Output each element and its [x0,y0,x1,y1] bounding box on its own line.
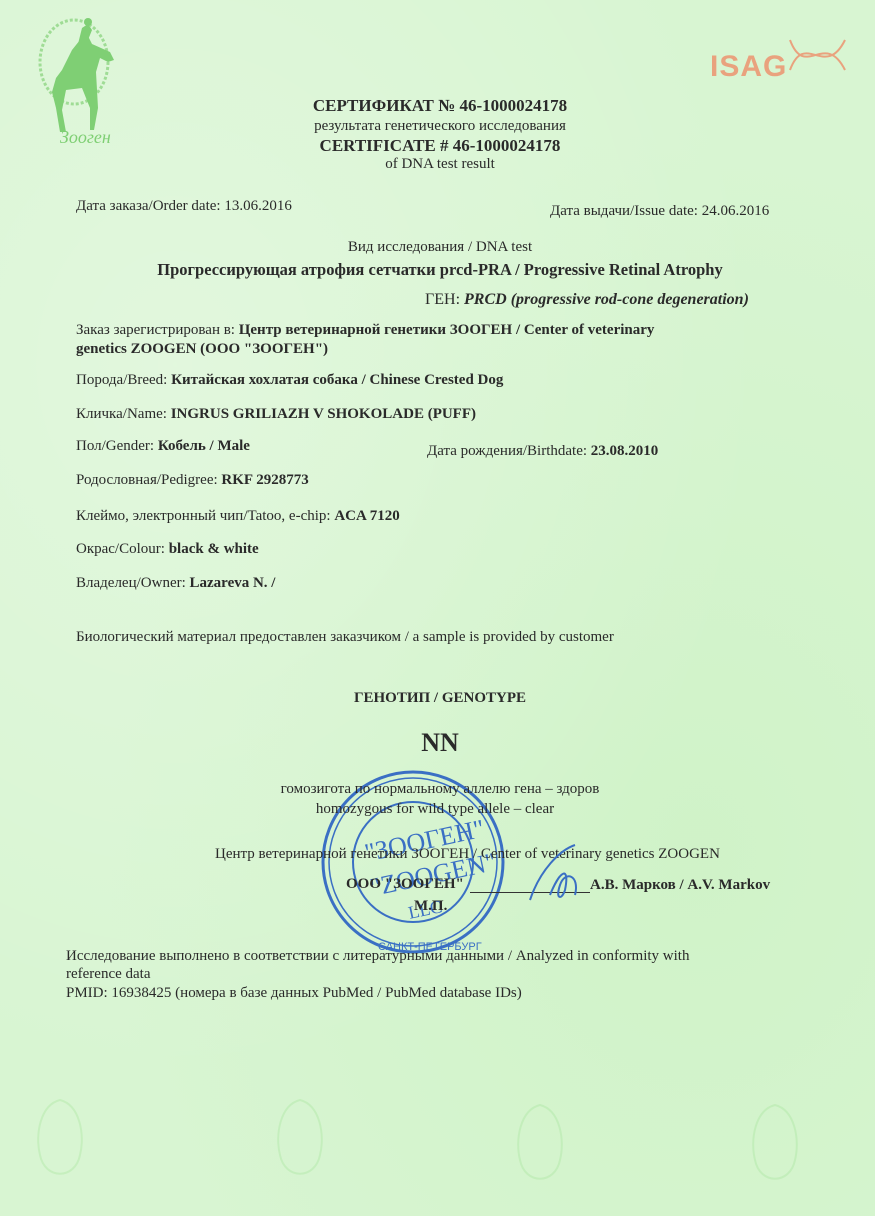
isag-logo: ISAG [690,30,860,90]
signature-scribble-icon [520,840,590,910]
colour-value: black & white [169,541,259,557]
registered-at: Заказ зарегистрирован в: Центр ветеринар… [76,322,654,339]
birthdate-value: 23.08.2010 [591,443,659,459]
pedigree-value: RKF 2928773 [221,472,308,488]
certificate-subtitle-en: of DNA test result [0,156,875,173]
genotype-desc-en: homozygous for wild type allele – clear [0,801,870,818]
horse-watermark-icon [270,1095,330,1185]
owner-label: Владелец/Owner: [76,575,190,591]
horse-watermark-icon [510,1100,570,1190]
colour-label: Окрас/Colour: [76,541,169,557]
horse-watermark-icon [30,1095,90,1185]
name-value: INGRUS GRILIAZH V SHOKOLADE (PUFF) [171,406,476,422]
registered-label: Заказ зарегистрирован в: [76,322,239,338]
name-label: Кличка/Name: [76,406,171,422]
pedigree-label: Родословная/Pedigree: [76,472,221,488]
breed-label: Порода/Breed: [76,372,171,388]
breed-value: Китайская хохлатая собака / Chinese Cres… [171,372,503,388]
gender-label: Пол/Gender: [76,438,158,454]
registered-value-line2: genetics ZOOGEN (ООО "ЗООГЕН") [76,341,328,357]
colour: Окрас/Colour: black & white [76,541,259,558]
breed: Порода/Breed: Китайская хохлатая собака … [76,372,503,389]
owner-value: Lazareva N. / [190,575,276,591]
chip-value: ACA 7120 [334,508,399,524]
dna-helix-icon [785,30,855,80]
horse-watermark-icon [745,1100,805,1190]
issue-date-value: 24.06.2016 [702,203,770,219]
issue-date-label: Дата выдачи/Issue date: [550,203,702,219]
test-name: Прогрессирующая атрофия сетчатки prcd-PR… [0,260,875,280]
registered-value: Центр ветеринарной генетики ЗООГЕН / Cen… [239,322,655,338]
issue-date: Дата выдачи/Issue date: 24.06.2016 [550,203,769,220]
chip-label: Клеймо, электронный чип/Tatoo, e-chip: [76,508,334,524]
sample-note: Биологический материал предоставлен зака… [76,629,614,646]
signature-org: ООО "ЗООГЕН" [346,876,464,893]
chip: Клеймо, электронный чип/Tatoo, e-chip: A… [76,508,400,525]
signature-center: Центр ветеринарной генетики ЗООГЕН / Cen… [215,846,720,863]
gene-value: PRCD (progressive rod-cone degeneration) [464,291,749,308]
registered-value-line2-wrap: genetics ZOOGEN (ООО "ЗООГЕН") [76,341,328,358]
pmid: PMID: 16938425 (номера в базе данных Pub… [66,985,522,1002]
signer-name: А.В. Марков / A.V. Markov [590,877,770,894]
order-date: Дата заказа/Order date: 13.06.2016 [76,198,292,215]
genotype-heading: ГЕНОТИП / GENOTYPE [0,690,875,707]
dog-name: Кличка/Name: INGRUS GRILIAZH V SHOKOLADE… [76,406,476,423]
pedigree: Родословная/Pedigree: RKF 2928773 [76,472,309,489]
birthdate: Дата рождения/Birthdate: 23.08.2010 [427,443,658,460]
analyzed-line1: Исследование выполнено в соответствии с … [66,948,689,965]
certificate-title-en: CERTIFICATE # 46-1000024178 [0,136,875,156]
order-date-value: 13.06.2016 [224,198,292,214]
gender-value: Кобель / Male [158,438,250,454]
genotype-desc-ru: гомозигота по нормальному аллелю гена – … [0,781,875,798]
birthdate-label: Дата рождения/Birthdate: [427,443,591,459]
test-type-label: Вид исследования / DNA test [0,239,875,256]
isag-label: ISAG [710,50,787,84]
gender: Пол/Gender: Кобель / Male [76,438,250,455]
genotype-value: NN [0,728,875,758]
gene-label: ГЕН: [425,291,464,308]
certificate-title-ru: СЕРТИФИКАТ № 46-1000024178 [0,96,875,116]
order-date-label: Дата заказа/Order date: [76,198,224,214]
certificate-subtitle-ru: результата генетического исследования [0,118,875,135]
seal-label: М.П. [414,898,447,915]
analyzed-line2: reference data [66,966,151,983]
gene: ГЕН: PRCD (progressive rod-cone degenera… [425,291,749,309]
owner: Владелец/Owner: Lazareva N. / [76,575,275,592]
